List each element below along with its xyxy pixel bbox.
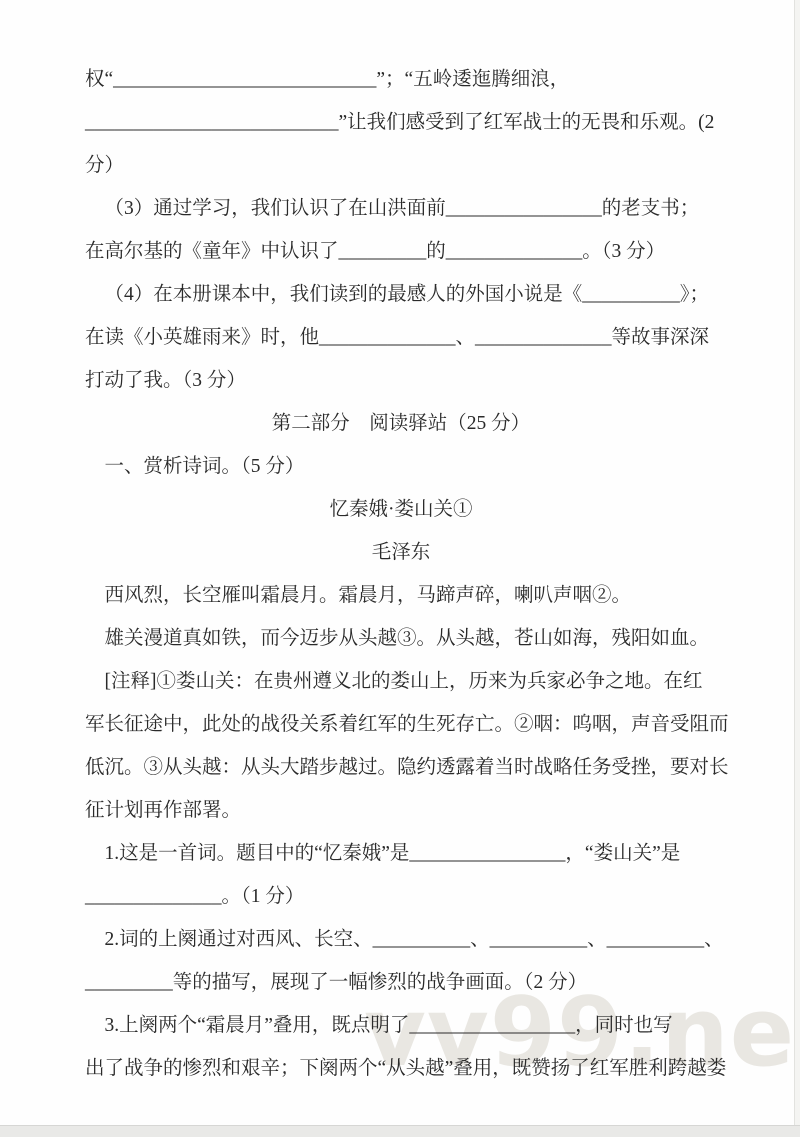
line-score-2pts: 分） — [85, 144, 717, 187]
poem-author: 毛泽东 — [85, 531, 717, 574]
poem-title: 忆秦娥·娄山关① — [85, 488, 717, 531]
line-item-4-cont: 在读《小英雄雨来》时，他______________、_____________… — [85, 316, 717, 359]
line-item-4-end: 打动了我。（3 分） — [85, 359, 717, 402]
line-item-3-cont: 在高尔基的《童年》中认识了_________的______________。（3… — [85, 230, 717, 273]
line-blank-quote-1: 权“___________________________”；“五岭逶迤腾细浪， — [85, 58, 717, 101]
page-bottom-strip — [0, 1125, 800, 1137]
question-3: 3.上阕两个“霜晨月”叠用，既点明了_________________，同时也写 — [85, 1004, 717, 1047]
section1-title: 一、赏析诗词。（5 分） — [85, 445, 717, 488]
note-line-4: 征计划再作部署。 — [85, 789, 717, 832]
question-3-cont: 出了战争的惨烈和艰辛；下阕两个“从头越”叠用，既赞扬了红军胜利跨越娄 — [85, 1047, 717, 1090]
question-1-cont: ______________。（1 分） — [85, 875, 717, 918]
note-line-3: 低沉。③从头越：从头大踏步越过。隐约透露着当时战略任务受挫，要对长 — [85, 746, 717, 789]
note-line-1: [注释]①娄山关：在贵州遵义北的娄山上，历来为兵家必争之地。在红 — [85, 660, 717, 703]
document-content: 权“___________________________”；“五岭逶迤腾细浪，… — [85, 58, 717, 1090]
question-1: 1.这是一首词。题目中的“忆秦娥”是________________，“娄山关”… — [85, 832, 717, 875]
line-blank-quote-2: __________________________”让我们感受到了红军战士的无… — [85, 101, 717, 144]
note-line-2: 军长征途中，此处的战役关系着红军的生死存亡。②咽：呜咽，声音受阻而 — [85, 703, 717, 746]
line-item-4: （4）在本册课本中，我们读到的最感人的外国小说是《__________》； — [85, 273, 717, 316]
document-page: vv99.net 权“___________________________”；… — [0, 0, 795, 1125]
line-item-3: （3）通过学习，我们认识了在山洪面前________________的老支书； — [85, 187, 717, 230]
poem-line-2: 雄关漫道真如铁，而今迈步从头越③。从头越，苍山如海，残阳如血。 — [85, 617, 717, 660]
part2-heading: 第二部分 阅读驿站（25 分） — [85, 402, 717, 445]
question-2-cont: _________等的描写，展现了一幅惨烈的战争画面。（2 分） — [85, 961, 717, 1004]
poem-line-1: 西风烈，长空雁叫霜晨月。霜晨月，马蹄声碎，喇叭声咽②。 — [85, 574, 717, 617]
question-2: 2.词的上阕通过对西风、长空、__________、__________、___… — [85, 918, 717, 961]
